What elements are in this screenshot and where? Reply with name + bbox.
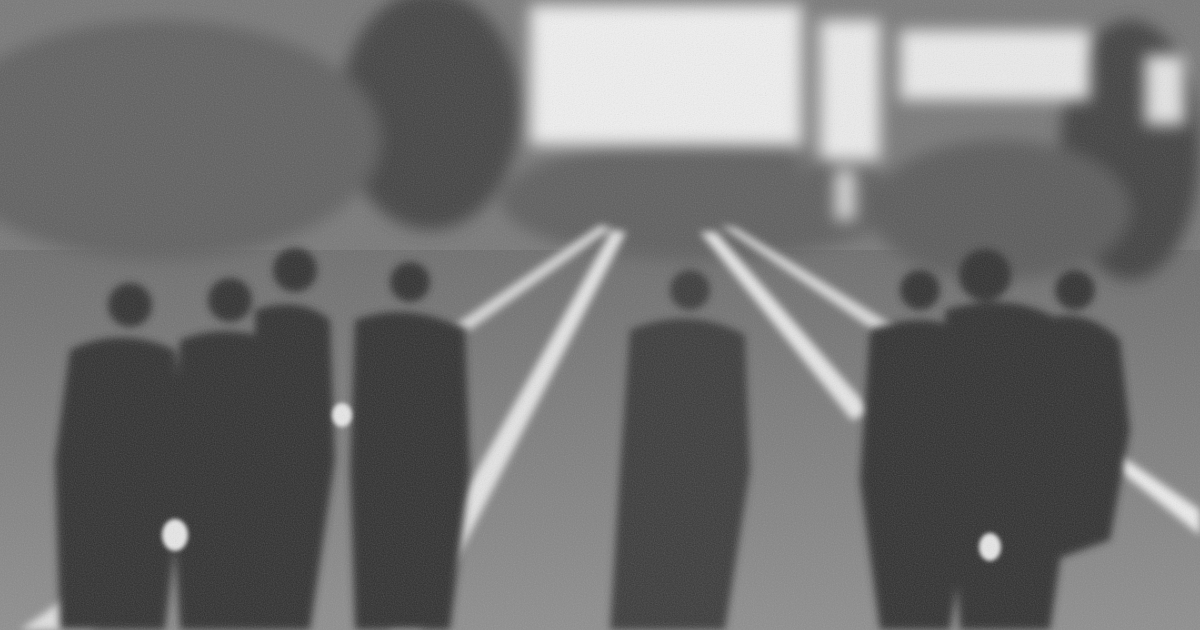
film-grain — [0, 0, 1200, 630]
photograph — [0, 0, 1200, 630]
photo-scene — [0, 0, 1200, 630]
